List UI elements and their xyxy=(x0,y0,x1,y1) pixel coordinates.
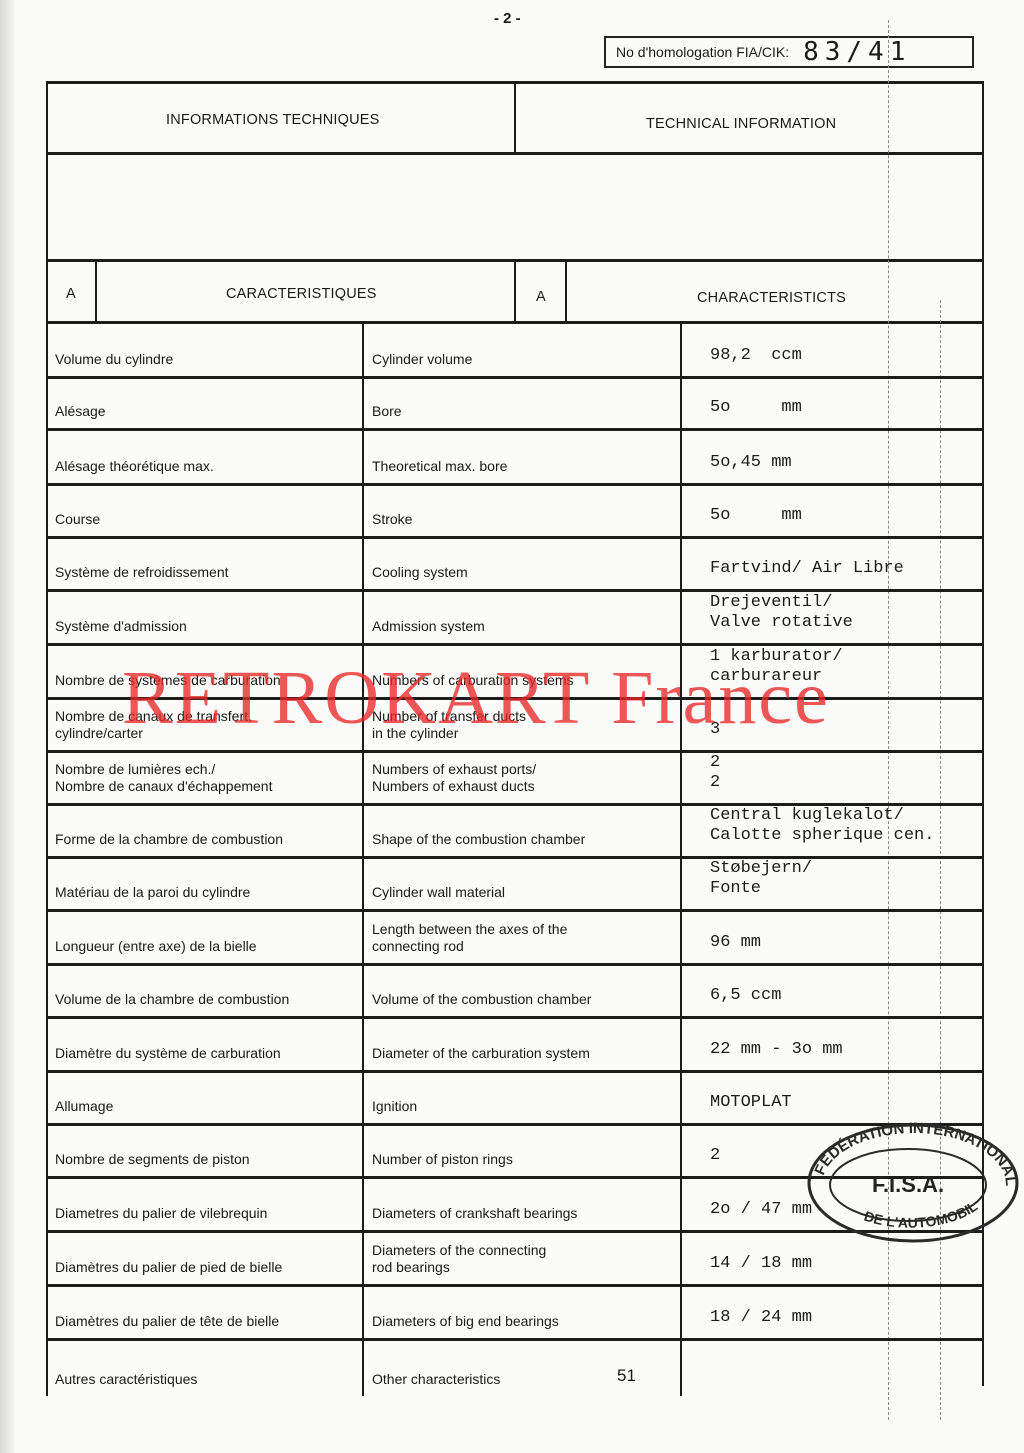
row-divider xyxy=(46,643,982,646)
row-label-fr: Diametres du palier de vilebrequin xyxy=(55,1205,267,1222)
row-label-en: Cooling system xyxy=(372,564,468,581)
row-divider xyxy=(46,589,982,592)
row-value: 5o mm xyxy=(710,398,802,418)
row-label-en: Numbers of exhaust ports/ Numbers of exh… xyxy=(372,761,536,795)
scan-guide-line-2 xyxy=(940,300,941,1420)
row-label-en: Volume of the combustion chamber xyxy=(372,991,591,1008)
row-label-en: Ignition xyxy=(372,1098,417,1115)
header-divider xyxy=(514,81,516,154)
row-divider xyxy=(46,1070,982,1073)
row-value: 5o mm xyxy=(710,506,802,526)
row-label-en: Diameters of crankshaft bearings xyxy=(372,1205,577,1222)
row-divider xyxy=(46,376,982,379)
row-label-en: Diameter of the carburation system xyxy=(372,1045,590,1062)
row-label-fr: Matériau de la paroi du cylindre xyxy=(55,884,250,901)
row-value: 96 mm xyxy=(710,933,761,953)
row-label-en: Diameters of the connecting rod bearings xyxy=(372,1242,546,1276)
header-fr-title: INFORMATIONS TECHNIQUES xyxy=(166,112,380,129)
row-label-fr: Allumage xyxy=(55,1098,113,1115)
row-divider xyxy=(46,909,982,912)
row-value: 14 / 18 mm xyxy=(710,1254,812,1274)
row-value: 3 xyxy=(710,720,720,740)
row-value: 98,2 ccm xyxy=(710,346,802,366)
row-label-en: Cylinder volume xyxy=(372,351,472,368)
row-label-fr: Diamètres du palier de tête de bielle xyxy=(55,1313,279,1330)
row-divider xyxy=(46,697,982,700)
table-left-border xyxy=(46,81,48,1396)
row-label-en: Number of piston rings xyxy=(372,1151,513,1168)
row-value: 5o,45 mm xyxy=(710,453,792,473)
row-value: Central kuglekalot/ Calotte spherique ce… xyxy=(710,806,934,846)
row-value: Støbejern/ Fonte xyxy=(710,859,812,899)
row-label-fr: Autres caractéristiques xyxy=(55,1371,197,1388)
row-divider xyxy=(46,1284,982,1287)
row-label-fr: Nombre de lumières ech./ Nombre de canau… xyxy=(55,761,272,795)
row-value: 6,5 ccm xyxy=(710,986,781,1006)
row-label-fr: Forme de la chambre de combustion xyxy=(55,831,283,848)
section-en-letter: A xyxy=(536,289,546,306)
section-fr-letter-divider xyxy=(95,259,97,323)
row-divider xyxy=(46,483,982,486)
homologation-number: 83/41 xyxy=(803,37,911,67)
section-fr-letter: A xyxy=(66,286,76,303)
fisa-stamp: FÉDÉRATION INTERNATIONALE F.I.S.A. DE L'… xyxy=(800,1115,1022,1245)
scan-edge-shadow xyxy=(0,0,14,1453)
section-en-letter-divider xyxy=(565,259,567,323)
row-value: 2 xyxy=(710,1146,720,1166)
row-divider xyxy=(46,750,982,753)
row-label-en: Shape of the combustion chamber xyxy=(372,831,585,848)
row-label-fr: Nombre de systèmes de carburation xyxy=(55,672,281,689)
row-value: 2o / 47 mm xyxy=(710,1200,812,1220)
header-en-title: TECHNICAL INFORMATION xyxy=(646,116,836,133)
row-label-fr: Longueur (entre axe) de la bielle xyxy=(55,938,257,955)
row-value: Fartvind/ Air Libre xyxy=(710,559,904,579)
row-divider xyxy=(46,856,982,859)
row-label-fr: Volume du cylindre xyxy=(55,351,173,368)
row-label-en: Admission system xyxy=(372,618,485,635)
row-label-en: Length between the axes of the connectin… xyxy=(372,921,567,955)
row-label-en: Theoretical max. bore xyxy=(372,458,507,475)
row-divider xyxy=(46,536,982,539)
row-divider xyxy=(46,1016,982,1019)
homologation-box: No d'homologation FIA/CIK: 83/41 xyxy=(604,36,974,68)
row-label-fr: Alésage xyxy=(55,403,106,420)
row-label-fr: Diamètre du système de carburation xyxy=(55,1045,281,1062)
homologation-label: No d'homologation FIA/CIK: xyxy=(616,44,789,60)
footer-page-number: 51 xyxy=(617,1366,636,1386)
row-divider xyxy=(46,428,982,431)
row-label-fr: Volume de la chambre de combustion xyxy=(55,991,289,1008)
row-value: MOTOPLAT xyxy=(710,1093,792,1113)
page-number: - 2 - xyxy=(494,10,521,27)
section-fr-title: CARACTERISTIQUES xyxy=(226,286,377,303)
row-label-fr: Course xyxy=(55,511,100,528)
row-label-fr: Nombre de canaux de transfert, cylindre/… xyxy=(55,708,252,742)
row-label-en: Other characteristics xyxy=(372,1371,500,1388)
row-label-fr: Diamètres du palier de pied de bielle xyxy=(55,1259,282,1276)
row-value: Drejeventil/ Valve rotative xyxy=(710,593,853,633)
section-divider xyxy=(514,259,516,323)
row-label-en: Stroke xyxy=(372,511,412,528)
row-label-en: Bore xyxy=(372,403,402,420)
row-label-en: Cylinder wall material xyxy=(372,884,505,901)
section-en-title: CHARACTERISTICTS xyxy=(697,290,846,307)
row-label-en: Number of transfer ducts in the cylinder xyxy=(372,708,526,742)
row-divider xyxy=(46,1338,982,1341)
row-label-en: Numbers of carburation systems xyxy=(372,672,574,689)
row-divider xyxy=(46,963,982,966)
row-value: 2 2 xyxy=(710,753,720,793)
stamp-center-text: F.I.S.A. xyxy=(872,1172,944,1197)
row-label-fr: Nombre de segments de piston xyxy=(55,1151,250,1168)
row-label-fr: Système de refroidissement xyxy=(55,564,229,581)
row-label-fr: Alésage théorétique max. xyxy=(55,458,214,475)
row-label-en: Diameters of big end bearings xyxy=(372,1313,559,1330)
row-value: 1 karburator/ carburareur xyxy=(710,647,843,687)
row-value: 18 / 24 mm xyxy=(710,1308,812,1328)
row-value: 22 mm - 3o mm xyxy=(710,1040,843,1060)
row-label-fr: Système d'admission xyxy=(55,618,187,635)
